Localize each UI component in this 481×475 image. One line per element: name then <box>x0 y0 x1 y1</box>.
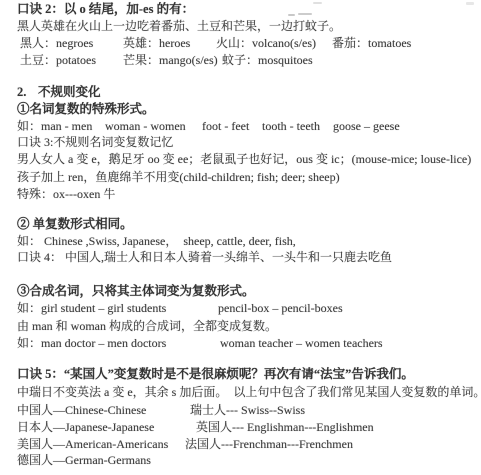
text-segment: 中国人—Chinese-Chinese <box>17 403 146 418</box>
text-segment: 如：girl student – girl students <box>17 301 166 316</box>
text-segment: pencil-box – pencil-boxes <box>218 301 343 316</box>
text-segment: 土豆：potatoes <box>20 53 96 68</box>
text-line: 孩子加上 ren，鱼鹿绵羊不用变(child-children; fish; d… <box>0 170 481 187</box>
text-line: 如： Chinese ,Swiss, Japanese， sheep, catt… <box>0 234 481 251</box>
scan-artifact <box>288 14 295 16</box>
text-segment: 口诀 4： 中国人,瑞士人和日本人骑着一头绵羊、一头牛和一只鹿去吃鱼 <box>17 250 392 265</box>
text-line: 口诀 3:不规则名词变复数记忆 <box>0 135 481 152</box>
text-segment: 黑人英雄在火山上一边吃着番茄、土豆和芒果，一边打蚊子。 <box>17 19 341 34</box>
text-line: 日本人—Japanese-Japanese英国人--- Englishman--… <box>0 420 481 437</box>
text-line: 中瑞日不变英法 a 变 e，其余 s 加后面。 以上句中包含了我们常见某国人变复… <box>0 385 481 402</box>
text-line: ①名词复数的特殊形式。 <box>0 102 481 119</box>
text-segment: 番茄：tomatoes <box>332 36 411 51</box>
text-segment: 由 man 和 woman 构成的合成词，全都变成复数。 <box>17 319 277 334</box>
text-line: 德国人—German-Germans <box>0 453 481 470</box>
scanned-document-page: 口诀 2：以 o 结尾，加-es 的有：黑人英雄在火山上一边吃着番茄、土豆和芒果… <box>0 0 481 475</box>
text-segment: 不规则变化 <box>38 85 101 100</box>
text-segment: 口诀 2：以 o 结尾，加-es 的有： <box>17 2 194 17</box>
text-segment: 口诀 5：“某国人”变复数时是不是很麻烦呢？再次有请“法宝”告诉我们。 <box>17 367 414 382</box>
text-line: 特殊：ox---oxen 牛 <box>0 187 481 204</box>
text-segment: 法国人---Frenchman---Frenchmen <box>185 437 353 452</box>
text-line: 土豆：potatoes芒果：mango(s/es)蚊子：mosquitoes <box>0 53 481 70</box>
text-segment: 英国人--- Englishman---Englishmen <box>196 420 374 435</box>
scan-artifact <box>313 2 322 4</box>
text-segment: woman teacher – women teachers <box>220 336 383 351</box>
text-line: ③合成名词，只将其主体词变为复数形式。 <box>0 284 481 301</box>
text-line: 男人女人 a 变 e，鹅足牙 oo 变 ee；老鼠虱子也好记，ous 变 ic；… <box>0 152 481 169</box>
text-segment: 如： Chinese ,Swiss, Japanese， sheep, catt… <box>17 234 296 249</box>
text-segment: woman - women <box>105 119 186 134</box>
text-line: ② 单复数形式相同。 <box>0 217 481 234</box>
text-line: 口诀 4： 中国人,瑞士人和日本人骑着一头绵羊、一头牛和一只鹿去吃鱼 <box>0 250 481 267</box>
text-line: 由 man 和 woman 构成的合成词，全都变成复数。 <box>0 319 481 336</box>
text-line: 美国人—American-Americans法国人---Frenchman---… <box>0 437 481 454</box>
text-segment: 如：man - men <box>17 119 92 134</box>
text-line: 黑人：negroes英雄：heroes火山：volcano(s/es)番茄：to… <box>0 36 481 53</box>
text-segment: 特殊：ox---oxen 牛 <box>17 187 115 202</box>
text-segment: 黑人：negroes <box>20 36 93 51</box>
text-segment: 芒果：mango(s/es) <box>123 53 218 68</box>
text-segment: 口诀 3:不规则名词变复数记忆 <box>17 135 173 150</box>
text-segment: 如：man doctor – men doctors <box>17 336 166 351</box>
text-segment: 中瑞日不变英法 a 变 e，其余 s 加后面。 以上句中包含了我们常见某国人变复… <box>17 385 481 400</box>
text-segment: goose – geese <box>333 119 400 134</box>
text-segment: ② 单复数形式相同。 <box>17 217 133 232</box>
text-line: 如：man - menwoman - womenfoot - feettooth… <box>0 119 481 136</box>
text-segment: 男人女人 a 变 e，鹅足牙 oo 变 ee；老鼠虱子也好记，ous 变 ic；… <box>17 152 471 167</box>
text-segment: ①名词复数的特殊形式。 <box>17 102 155 117</box>
text-segment: foot - feet <box>202 119 249 134</box>
text-line: 黑人英雄在火山上一边吃着番茄、土豆和芒果，一边打蚊子。 <box>0 19 481 36</box>
text-segment: ③合成名词，只将其主体词变为复数形式。 <box>17 284 255 299</box>
text-line: 口诀 5：“某国人”变复数时是不是很麻烦呢？再次有请“法宝”告诉我们。 <box>0 367 481 384</box>
text-segment: 瑞士人--- Swiss--Swiss <box>190 403 305 418</box>
text-segment: 蚊子：mosquitoes <box>222 53 313 68</box>
text-segment: 德国人—German-Germans <box>17 453 151 468</box>
text-segment: 2. <box>17 85 26 100</box>
text-segment: 英雄：heroes <box>123 36 190 51</box>
text-segment: 日本人—Japanese-Japanese <box>17 420 154 435</box>
text-line: 如：man doctor – men doctorswoman teacher … <box>0 336 481 353</box>
text-segment: 火山：volcano(s/es) <box>216 36 316 51</box>
text-line: 中国人—Chinese-Chinese瑞士人--- Swiss--Swiss <box>0 403 481 420</box>
text-line: 口诀 2：以 o 结尾，加-es 的有： <box>0 2 481 19</box>
text-segment: tooth - teeth <box>262 119 320 134</box>
text-segment: 孩子加上 ren，鱼鹿绵羊不用变(child-children; fish; d… <box>17 170 340 185</box>
scan-artifact <box>466 2 474 5</box>
text-segment: 美国人—American-Americans <box>17 437 168 452</box>
text-line: 2.不规则变化 <box>0 85 481 102</box>
scan-artifact <box>298 13 312 15</box>
text-line: 如：girl student – girl studentspencil-box… <box>0 301 481 318</box>
